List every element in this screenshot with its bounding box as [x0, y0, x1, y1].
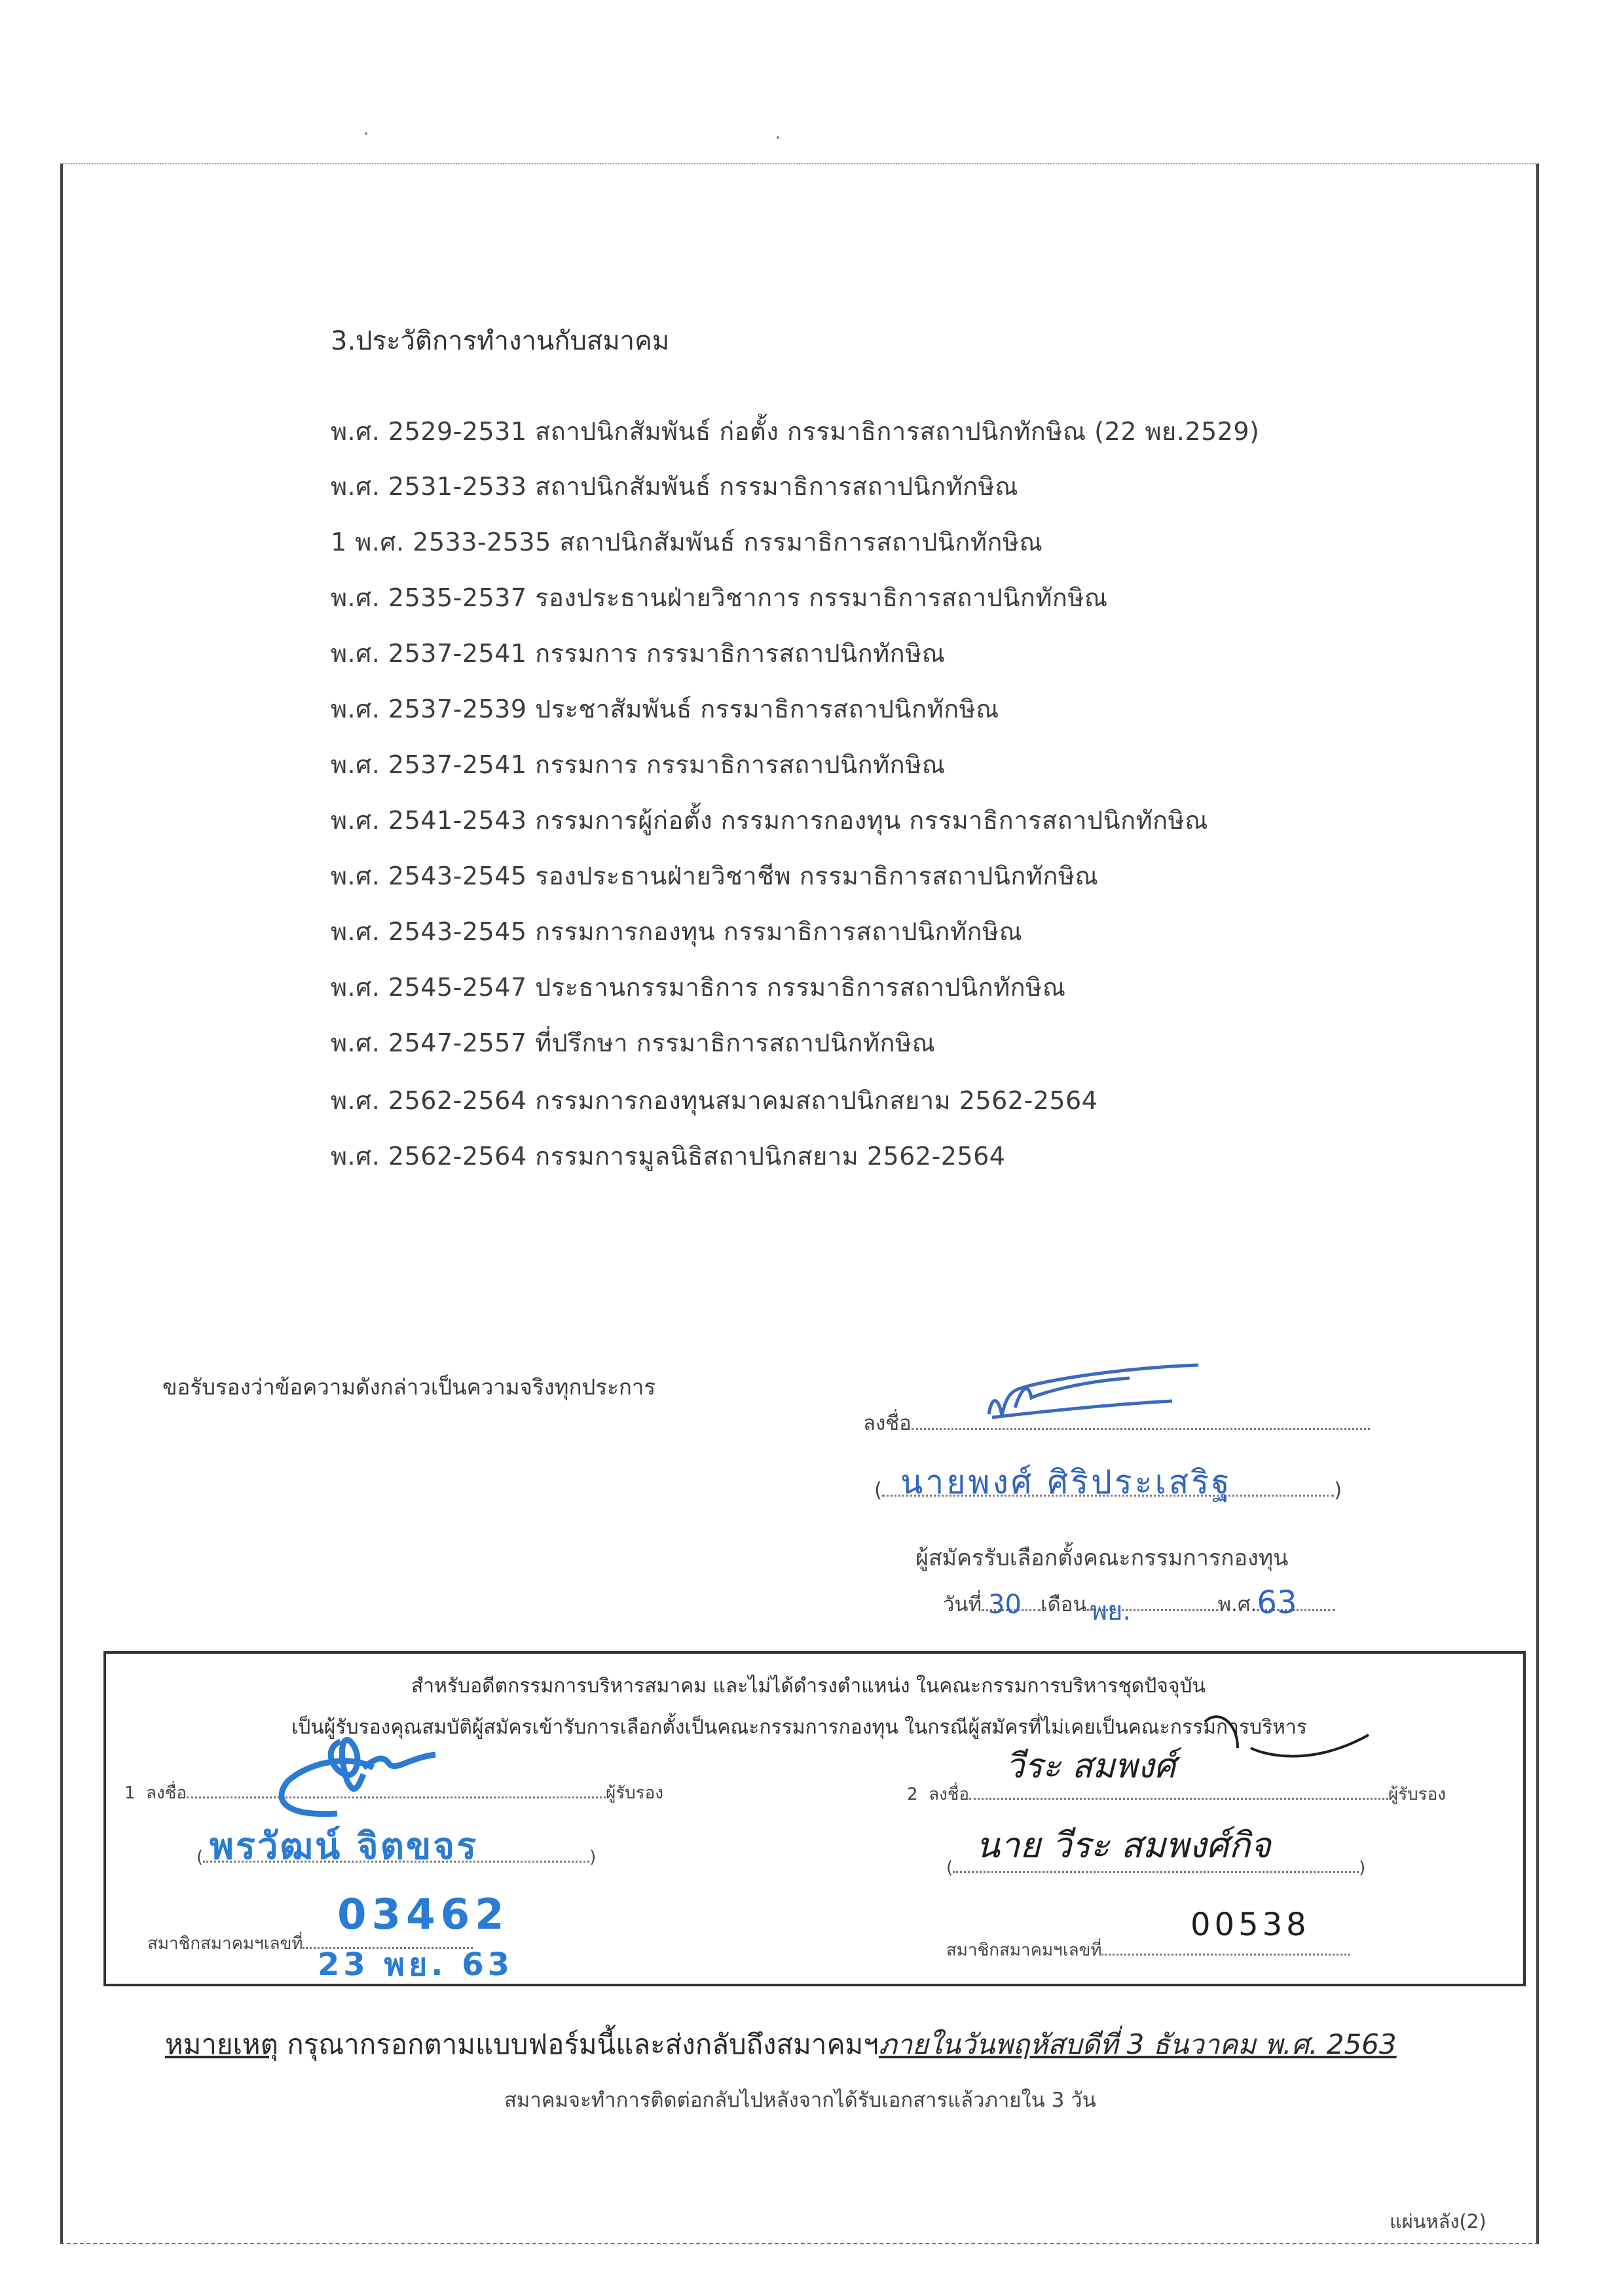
history-item: พ.ศ. 2547-2557 ที่ปรึกษา กรรมาธิการสถาปน…	[331, 1023, 935, 1063]
history-item: พ.ศ. 2562-2564 กรรมการมูลนิธิสถาปนิกสยาม…	[331, 1136, 1005, 1176]
open-paren: (	[196, 1848, 203, 1867]
endorser-1-signature	[259, 1728, 475, 1827]
member-line	[1101, 1954, 1350, 1956]
history-item: พ.ศ. 2543-2545 กรรมการกองทุน กรรมาธิการส…	[331, 911, 1022, 951]
day-label: วันที่	[943, 1593, 982, 1616]
applicant-role: ผู้สมัครรับเลือกตั้งคณะกรรมการกองทุน	[915, 1540, 1288, 1575]
close-paren: )	[1334, 1478, 1342, 1502]
day-field: 30	[982, 1609, 1041, 1611]
month-field: พย.	[1087, 1609, 1218, 1611]
section-heading: 3.ประวัติการทำงานกับสมาคม	[331, 319, 669, 361]
scan-speck	[777, 136, 779, 139]
endorser-2-sign-row: 2 ลงชื่อผู้รับรอง	[907, 1781, 1446, 1808]
endorser-2-name-handwritten: นาย วีระ สมพงศ์กิจ	[976, 1817, 1271, 1873]
note-subtext: สมาคมจะทำการติดต่อกลับไปหลังจากได้รับเอก…	[504, 2083, 1096, 2116]
sign-label: ลงชื่อ	[863, 1412, 912, 1435]
endorser-2-member-no: 00538	[1190, 1906, 1310, 1943]
year-label: พ.ศ.	[1218, 1593, 1257, 1616]
history-item: พ.ศ. 2531-2533 สถาปนิกสัมพันธ์ กรรมาธิกา…	[331, 466, 1018, 506]
close-paren: )	[589, 1848, 596, 1867]
month-value: พย.	[1090, 1590, 1132, 1631]
endorser-1-date: 23 พย. 63	[318, 1940, 513, 1990]
member-label: สมาชิกสมาคมฯเลขที่	[147, 1934, 303, 1954]
history-item: พ.ศ. 2543-2545 รองประธานฝ่ายวิชาชีพ กรรม…	[331, 856, 1098, 896]
day-value: 30	[988, 1590, 1022, 1620]
page-footer: แผ่นหลัง(2)	[1390, 2206, 1486, 2236]
close-paren: )	[1359, 1858, 1365, 1878]
certification-statement: ขอรับรองว่าข้อความดังกล่าวเป็นความจริงทุ…	[162, 1370, 655, 1404]
note: หมายเหตุ กรุณากรอกตามแบบฟอร์มนี้และส่งกล…	[165, 2023, 1397, 2066]
endorser-2-signature-flourish	[1192, 1709, 1388, 1774]
endorser-1-member-no: 03462	[337, 1891, 509, 1939]
sign-label: ลงชื่อ	[146, 1783, 187, 1803]
history-item: พ.ศ. 2541-2543 กรรมการผู้ก่อตั้ง กรรมการ…	[331, 800, 1208, 840]
endorser-number: 1	[124, 1783, 136, 1803]
history-item: 1 พ.ศ. 2533-2535 สถาปนิกสัมพันธ์ กรรมาธิ…	[331, 522, 1043, 562]
endorser-suffix: ผู้รับรอง	[1388, 1785, 1446, 1804]
year-field: 63	[1257, 1609, 1335, 1611]
applicant-signature	[982, 1362, 1218, 1434]
applicant-date: วันที่30เดือนพย.พ.ศ.63	[943, 1588, 1335, 1620]
signature-line	[969, 1798, 1388, 1800]
member-label: สมาชิกสมาคมฯเลขที่	[946, 1941, 1101, 1960]
history-item: พ.ศ. 2562-2564 กรรมการกองทุนสมาคมสถาปนิก…	[331, 1080, 1098, 1120]
endorser-number: 2	[907, 1785, 918, 1804]
endorser-suffix: ผู้รับรอง	[606, 1783, 663, 1803]
note-deadline: ภายในวันพฤหัสบดีที่ 3 ธันวาคม พ.ศ. 2563	[879, 2028, 1397, 2060]
month-label: เดือน	[1041, 1593, 1087, 1616]
endorsement-line-1: สำหรับอดีตกรรมการบริหารสมาคม และไม่ได้ดำ…	[411, 1671, 1206, 1702]
history-item: พ.ศ. 2529-2531 สถาปนิกสัมพันธ์ ก่อตั้ง ก…	[331, 411, 1259, 451]
history-item: พ.ศ. 2537-2541 กรรมการ กรรมาธิการสถาปนิก…	[331, 744, 946, 784]
sign-label: ลงชื่อ	[929, 1785, 969, 1804]
endorser-2-signature: วีระ สมพงศ์	[1005, 1738, 1175, 1793]
history-item: พ.ศ. 2545-2547 ประธานกรรมาธิการ กรรมาธิก…	[331, 967, 1065, 1007]
history-item: พ.ศ. 2535-2537 รองประธานฝ่ายวิชาการ กรรม…	[331, 577, 1108, 617]
open-paren: (	[874, 1478, 882, 1502]
year-value: 63	[1257, 1584, 1297, 1621]
endorser-1-name-handwritten: พรวัฒน์ จิตขจร	[210, 1817, 478, 1875]
note-label: หมายเหตุ	[165, 2028, 278, 2060]
scan-speck	[365, 132, 367, 135]
note-text: กรุณากรอกตามแบบฟอร์มนี้และส่งกลับถึงสมาค…	[278, 2028, 879, 2060]
history-item: พ.ศ. 2537-2539 ประชาสัมพันธ์ กรรมาธิการส…	[331, 689, 999, 729]
applicant-name-handwritten: นายพงศ์ ศิริประเสริฐ	[900, 1457, 1232, 1508]
open-paren: (	[946, 1858, 953, 1878]
history-item: พ.ศ. 2537-2541 กรรมการ กรรมาธิการสถาปนิก…	[331, 633, 946, 673]
